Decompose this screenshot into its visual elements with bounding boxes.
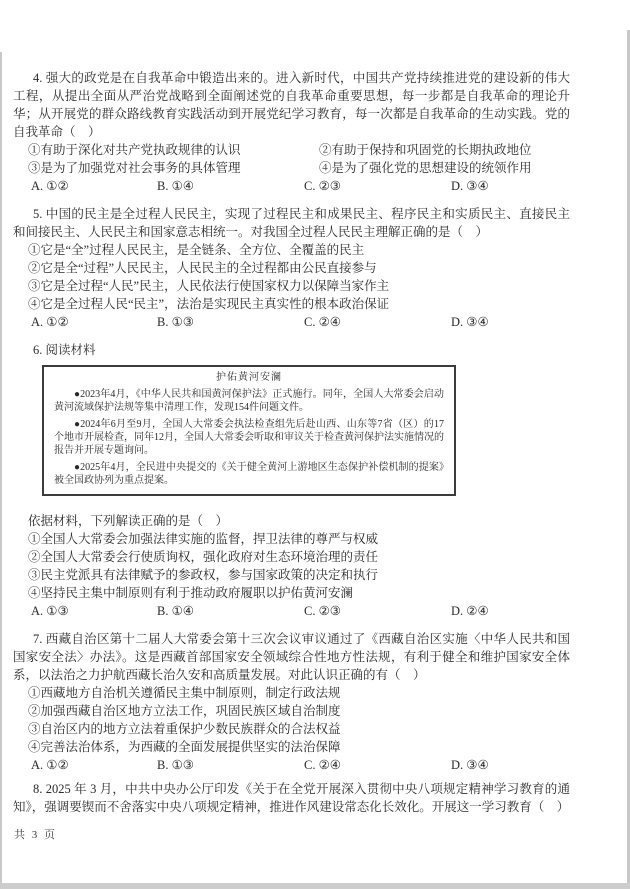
material-bullet: ●2024年6月至9月，全国人大常委会执法检查组先后赴山西、山东等7省（区）的1… xyxy=(54,418,444,457)
option-row: A. ①② B. ①③ C. ②④ D. ③④ xyxy=(13,313,570,331)
material-bullet: ●2025年4月，全民进中央提交的《关于健全黄河上游地区生态保护补偿机制的提案》… xyxy=(54,461,444,487)
question-stem: 8. 2025 年 3 月，中共中央办公厅印发《关于在全党开展深入贯彻中央八项规… xyxy=(13,780,570,816)
option-b: B. ①④ xyxy=(157,602,304,620)
option-a: A. ①② xyxy=(31,313,157,331)
question-7: 7. 西藏自治区第十二届人大常委会第十三次会议审议通过了《西藏自治区实施〈中华人… xyxy=(13,630,570,774)
option-c: C. ②③ xyxy=(304,177,451,195)
material-bullet: ●2023年4月，《中华人民共和国黄河保护法》正式施行。同年，全国人大常委会启动… xyxy=(54,388,444,414)
choice-list: ①有助于深化对共产党执政规律的认识 ②有助于保持和巩固党的长期执政地位 ③是为了… xyxy=(13,141,570,177)
option-c: C. ②④ xyxy=(304,756,451,774)
option-row: A. ①② B. ①③ C. ②④ D. ③④ xyxy=(13,756,570,774)
option-b: B. ①④ xyxy=(157,177,304,195)
option-d: D. ③④ xyxy=(451,313,570,331)
choice-item: ④它是全过程人民“民主”，法治是实现民主真实性的根本政治保证 xyxy=(28,295,570,313)
choice-item: ②有助于保持和巩固党的长期执政地位 xyxy=(319,141,570,159)
option-a: A. ①② xyxy=(31,756,157,774)
page-edge-bottom xyxy=(0,883,630,889)
choice-item: ②它是全“过程”人民民主，人民民主的全过程都由公民直接参与 xyxy=(28,259,570,277)
choice-item: ②加强西藏自治区地方立法工作，巩固民族区域自治制度 xyxy=(28,702,570,720)
question-intro: 6. 阅读材料 xyxy=(13,341,570,359)
choice-item: ①西藏地方自治机关遵循民主集中制原则，制定行政法规 xyxy=(28,684,570,702)
choice-list: ①全国人大常委会加强法律实施的监督，捍卫法律的尊严与权威 ②全国人大常委会行使质… xyxy=(13,530,570,602)
choice-item: ④坚持民主集中制原则有利于推动政府履职以护佑黄河安澜 xyxy=(28,584,570,602)
question-6: 6. 阅读材料 护佑黄河安澜 ●2023年4月，《中华人民共和国黄河保护法》正式… xyxy=(13,341,570,620)
material-box-title: 护佑黄河安澜 xyxy=(54,371,444,384)
question-stem: 4. 强大的政党是在自我革命中锻造出来的。进入新时代，中国共产党持续推进党的建设… xyxy=(13,69,570,141)
choice-item: ④是为了强化党的思想建设的统领作用 xyxy=(319,159,570,177)
option-d: D. ③④ xyxy=(451,177,570,195)
option-a: A. ①③ xyxy=(31,602,157,620)
option-row: A. ①③ B. ①④ C. ②③ D. ②④ xyxy=(13,602,570,620)
choice-list: ①西藏地方自治机关遵循民主集中制原则，制定行政法规 ②加强西藏自治区地方立法工作… xyxy=(13,684,570,756)
question-5: 5. 中国的民主是全过程人民民主，实现了过程民主和成果民主、程序民主和实质民主、… xyxy=(13,205,570,331)
question-8: 8. 2025 年 3 月，中共中央办公厅印发《关于在全党开展深入贯彻中央八项规… xyxy=(13,780,570,816)
page-edge-left xyxy=(0,52,2,889)
page-count-label: 共 3 页 xyxy=(14,826,57,842)
question-prompt: 依据材料，下列解读正确的是（ ） xyxy=(13,512,570,530)
option-row: A. ①② B. ①④ C. ②③ D. ③④ xyxy=(13,177,570,195)
option-b: B. ①③ xyxy=(157,756,304,774)
choice-item: ③它是全过程“人民”民主，人民依法行使国家权力以保障当家作主 xyxy=(28,277,570,295)
exam-page-content: 4. 强大的政党是在自我革命中锻造出来的。进入新时代，中国共产党持续推进党的建设… xyxy=(13,69,570,816)
choice-item: ①有助于深化对共产党执政规律的认识 xyxy=(28,141,319,159)
option-d: D. ③④ xyxy=(451,756,570,774)
choice-item: ②全国人大常委会行使质询权，强化政府对生态环境治理的责任 xyxy=(28,548,570,566)
option-c: C. ②④ xyxy=(304,313,451,331)
option-c: C. ②③ xyxy=(304,602,451,620)
choice-item: ③自治区内的地方立法着重保护少数民族群众的合法权益 xyxy=(28,720,570,738)
option-b: B. ①③ xyxy=(157,313,304,331)
material-box: 护佑黄河安澜 ●2023年4月，《中华人民共和国黄河保护法》正式施行。同年，全国… xyxy=(42,365,456,496)
choice-item: ①全国人大常委会加强法律实施的监督，捍卫法律的尊严与权威 xyxy=(28,530,570,548)
question-4: 4. 强大的政党是在自我革命中锻造出来的。进入新时代，中国共产党持续推进党的建设… xyxy=(13,69,570,195)
question-stem: 7. 西藏自治区第十二届人大常委会第十三次会议审议通过了《西藏自治区实施〈中华人… xyxy=(13,630,570,684)
option-a: A. ①② xyxy=(31,177,157,195)
choice-item: ③是为了加强党对社会事务的具体管理 xyxy=(28,159,319,177)
question-stem: 5. 中国的民主是全过程人民民主，实现了过程民主和成果民主、程序民主和实质民主、… xyxy=(13,205,570,241)
choice-item: ③民主党派具有法律赋予的参政权，参与国家政策的决定和执行 xyxy=(28,566,570,584)
choice-item: ①它是“全”过程人民民主，是全链条、全方位、全覆盖的民主 xyxy=(28,241,570,259)
choice-item: ④完善法治体系，为西藏的全面发展提供坚实的法治保障 xyxy=(28,738,570,756)
choice-list: ①它是“全”过程人民民主，是全链条、全方位、全覆盖的民主 ②它是全“过程”人民民… xyxy=(13,241,570,313)
option-d: D. ②④ xyxy=(451,602,570,620)
